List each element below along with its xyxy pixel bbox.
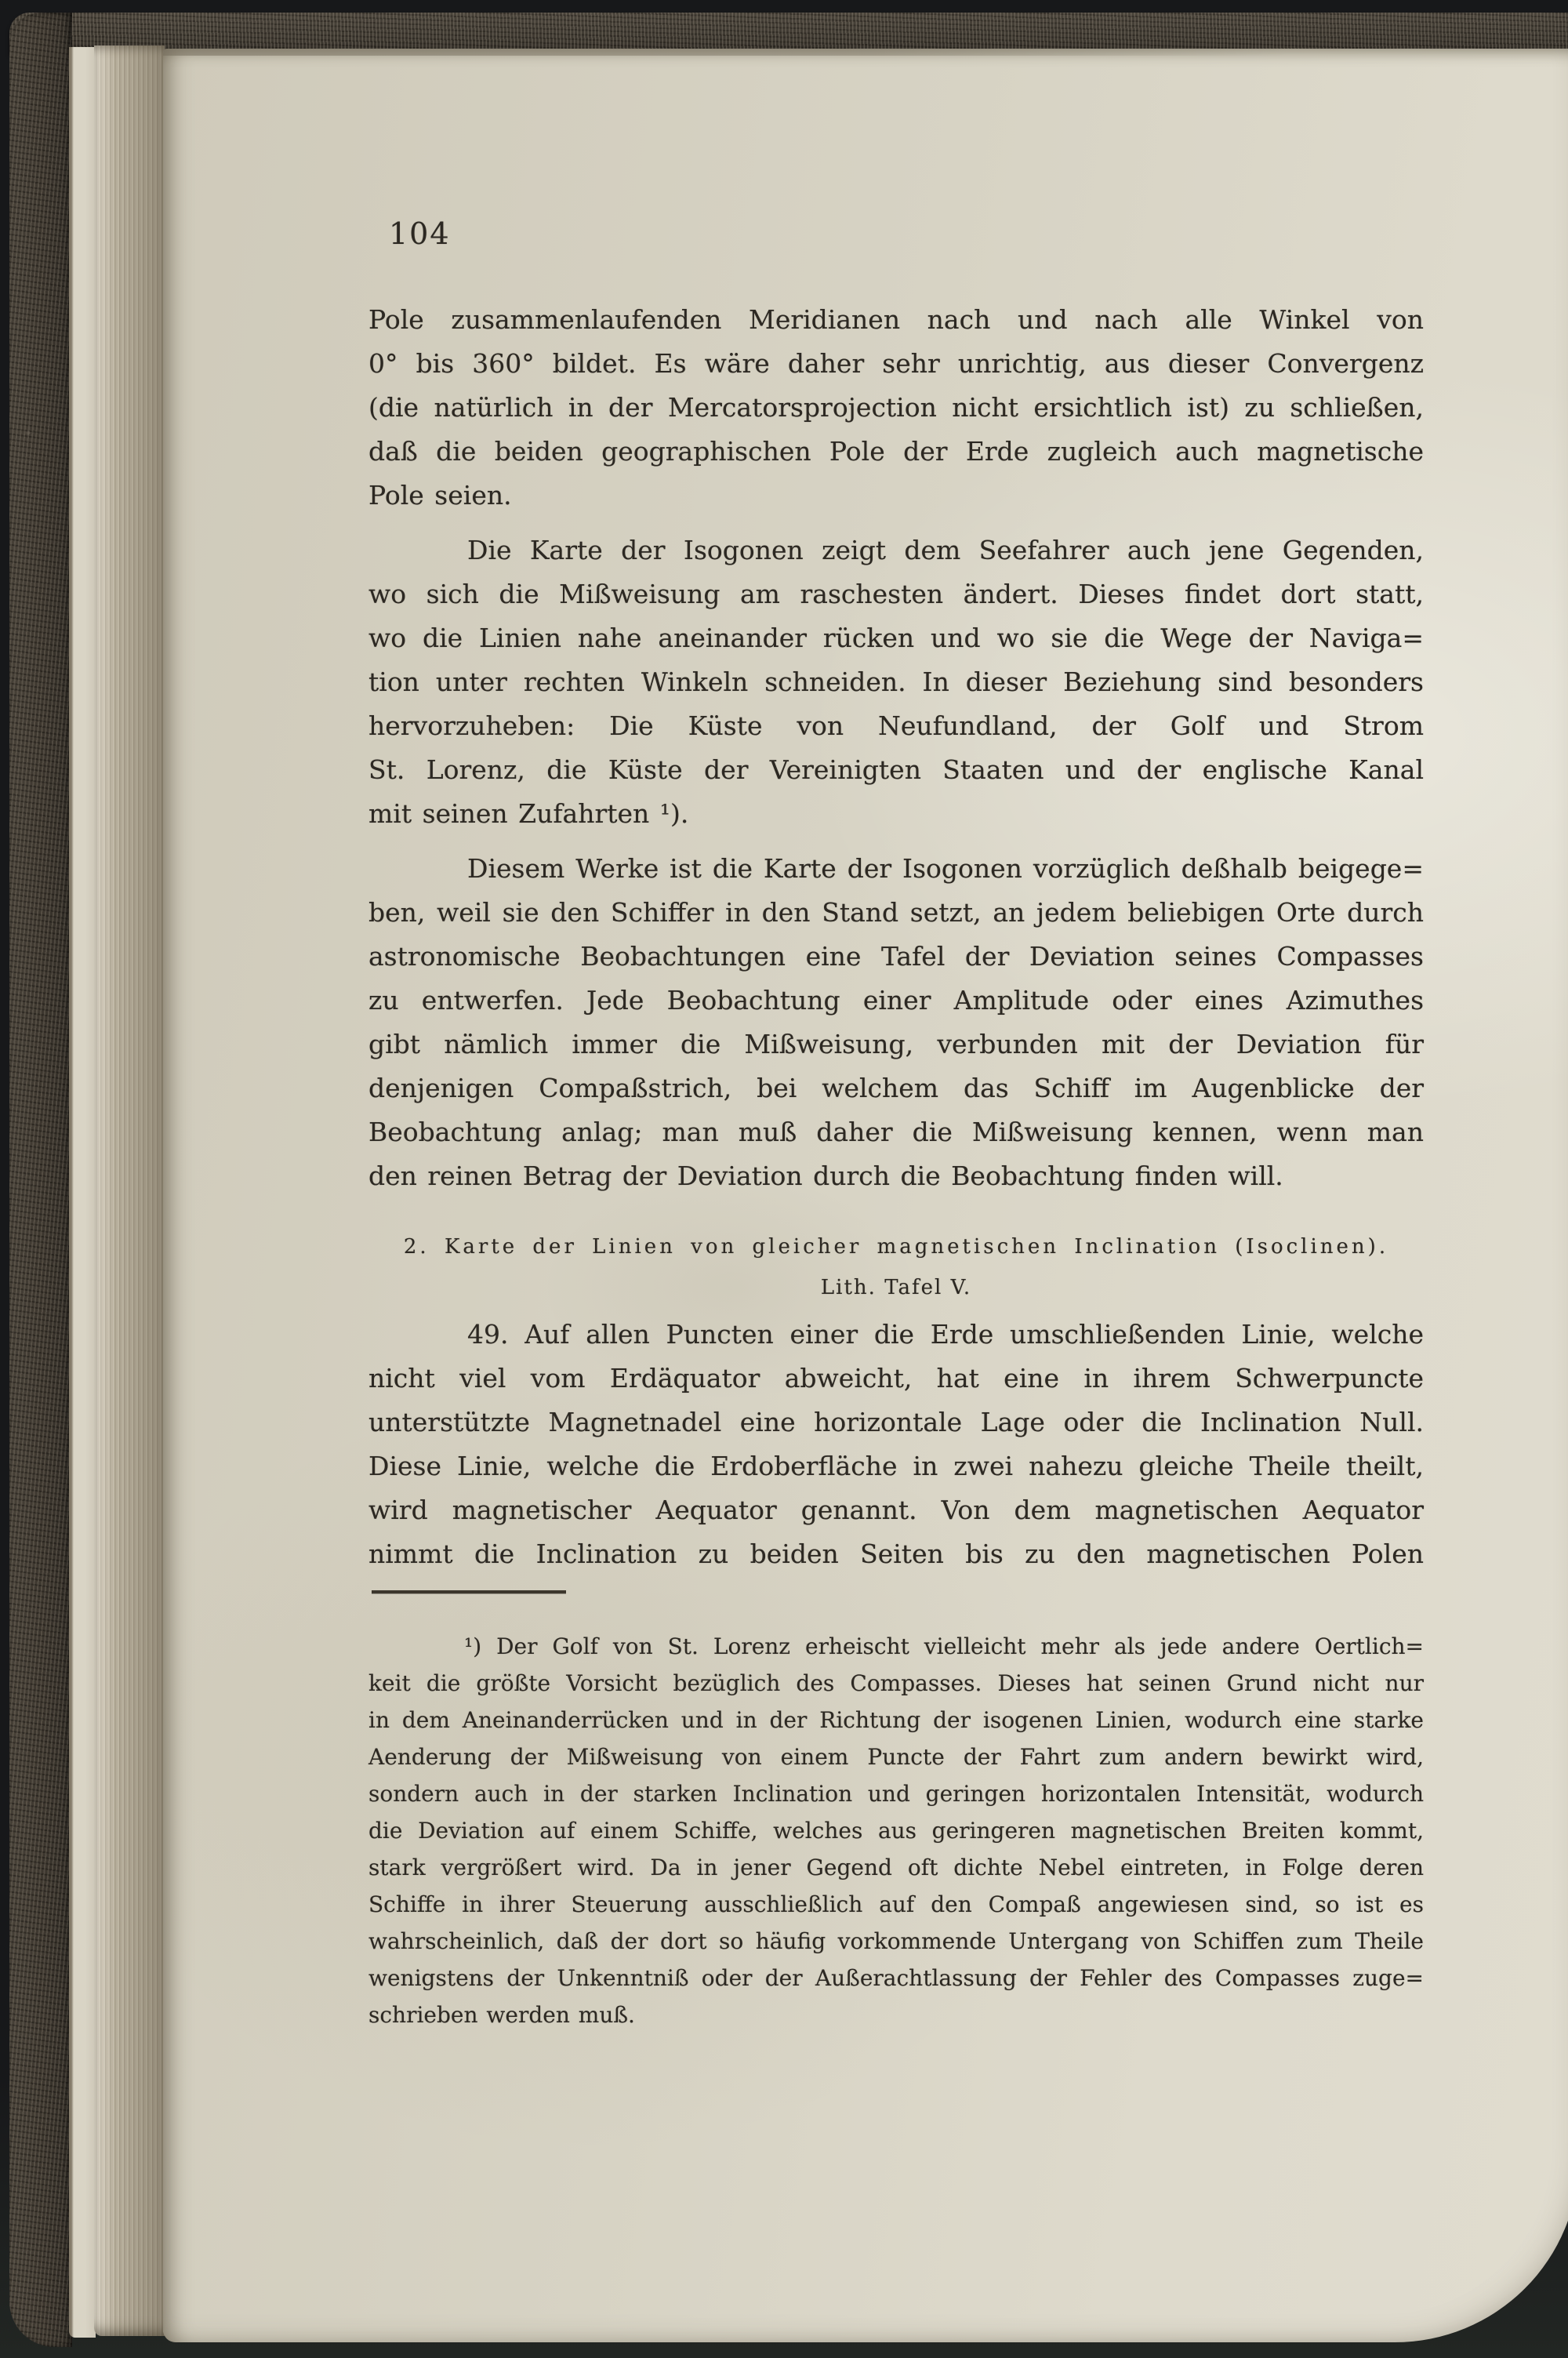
text-line: (die natürlich in der Mercatorsprojectio…: [368, 386, 1424, 430]
footnote-line: schrieben werden muß.: [368, 1996, 1424, 2033]
footnote-line: in dem Aneinanderrücken und in der Richt…: [368, 1702, 1424, 1739]
text-line: Die Karte der Isogonen zeigt dem Seefahr…: [368, 529, 1424, 572]
text-line: ben, weil sie den Schiffer in den Stand …: [368, 891, 1424, 935]
text-line: Pole zusammenlaufenden Meridianen nach u…: [368, 298, 1424, 342]
footnote-line: sondern auch in der starken Inclination …: [368, 1775, 1424, 1812]
text-line: St. Lorenz, die Küste der Vereinigten St…: [368, 748, 1424, 792]
text-line: Pole seien.: [368, 474, 1424, 518]
section-heading-isoclinen: 2. Karte der Linien von gleicher magneti…: [368, 1226, 1424, 1308]
page-top-fore-edge: [163, 49, 1355, 56]
text-line: gibt nämlich immer die Mißweisung, verbu…: [368, 1023, 1424, 1066]
book-cover-top-edge: [9, 13, 1568, 53]
text-line: unterstützte Magnetnadel eine horizontal…: [368, 1401, 1424, 1444]
text-line: nicht viel vom Erdäquator abweicht, hat …: [368, 1357, 1424, 1401]
text-line: hervorzuheben: Die Küste von Neufundland…: [368, 704, 1424, 748]
text-line: wo die Linien nahe aneinander rücken und…: [368, 616, 1424, 660]
text-line: mit seinen Zufahrten ¹).: [368, 792, 1424, 836]
text-line: Lith. Tafel V.: [368, 1267, 1424, 1308]
footnote-line: ¹) Der Golf von St. Lorenz erheischt vie…: [368, 1628, 1424, 1665]
page-text-column: Pole zusammenlaufenden Meridianen nach u…: [368, 298, 1424, 2033]
text-line: wird magnetischer Aequator genannt. Von …: [368, 1488, 1424, 1532]
text-line: Diese Linie, welche die Erdoberfläche in…: [368, 1444, 1424, 1488]
text-line: daß die beiden geographischen Pole der E…: [368, 430, 1424, 474]
paragraph-49-magnetischer-aequator: 49. Auf allen Puncten einer die Erde ums…: [368, 1313, 1424, 1576]
text-line: tion unter rechten Winkeln schneiden. In…: [368, 660, 1424, 704]
text-line: denjenigen Compaßstrich, bei welchem das…: [368, 1066, 1424, 1110]
footnote-rule: [372, 1590, 566, 1593]
footnote-line: Aenderung der Mißweisung von einem Punct…: [368, 1739, 1424, 1775]
text-line: Diesem Werke ist die Karte der Isogonen …: [368, 847, 1424, 891]
footnote-line: keit die größte Vorsicht bezüglich des C…: [368, 1665, 1424, 1702]
page-edge-inner-sheet: [69, 47, 96, 2338]
book-cover-spine: [9, 13, 72, 2347]
footnote-line: wenigstens der Unkenntniß oder der Außer…: [368, 1960, 1424, 1996]
footnote-line: stark vergrößert wird. Da in jener Gegen…: [368, 1849, 1424, 1886]
text-line: zu entwerfen. Jede Beobachtung einer Amp…: [368, 979, 1424, 1023]
page-edges-stack: [94, 45, 165, 2336]
paragraph-convergenz: Pole zusammenlaufenden Meridianen nach u…: [368, 298, 1424, 518]
text-line: Beobachtung anlag; man muß daher die Miß…: [368, 1110, 1424, 1154]
footnote-line: Schiffe in ihrer Steuerung ausschließlic…: [368, 1886, 1424, 1923]
book-page: 104 Pole zusammenlaufenden Meridianen na…: [163, 49, 1568, 2342]
text-line: 49. Auf allen Puncten einer die Erde ums…: [368, 1313, 1424, 1357]
text-line: astronomische Beobachtungen eine Tafel d…: [368, 935, 1424, 979]
page-number: 104: [389, 218, 451, 249]
text-line: nimmt die Inclination zu beiden Seiten b…: [368, 1532, 1424, 1576]
paragraph-isogonen-gegenden: Die Karte der Isogonen zeigt dem Seefahr…: [368, 529, 1424, 836]
footnote-st-lorenz: ¹) Der Golf von St. Lorenz erheischt vie…: [368, 1628, 1424, 2033]
footnote-line: wahrscheinlich, daß der dort so häufig v…: [368, 1923, 1424, 1960]
paragraph-deviations-tafel: Diesem Werke ist die Karte der Isogonen …: [368, 847, 1424, 1198]
text-line: 2. Karte der Linien von gleicher magneti…: [368, 1226, 1424, 1267]
text-line: den reinen Betrag der Deviation durch di…: [368, 1154, 1424, 1198]
text-line: 0° bis 360° bildet. Es wäre daher sehr u…: [368, 342, 1424, 386]
text-line: wo sich die Mißweisung am raschesten änd…: [368, 572, 1424, 616]
scanned-book-photo: { "colors": { "background": "#17181a", "…: [0, 0, 1568, 2358]
footnote-line: die Deviation auf einem Schiffe, welches…: [368, 1812, 1424, 1849]
